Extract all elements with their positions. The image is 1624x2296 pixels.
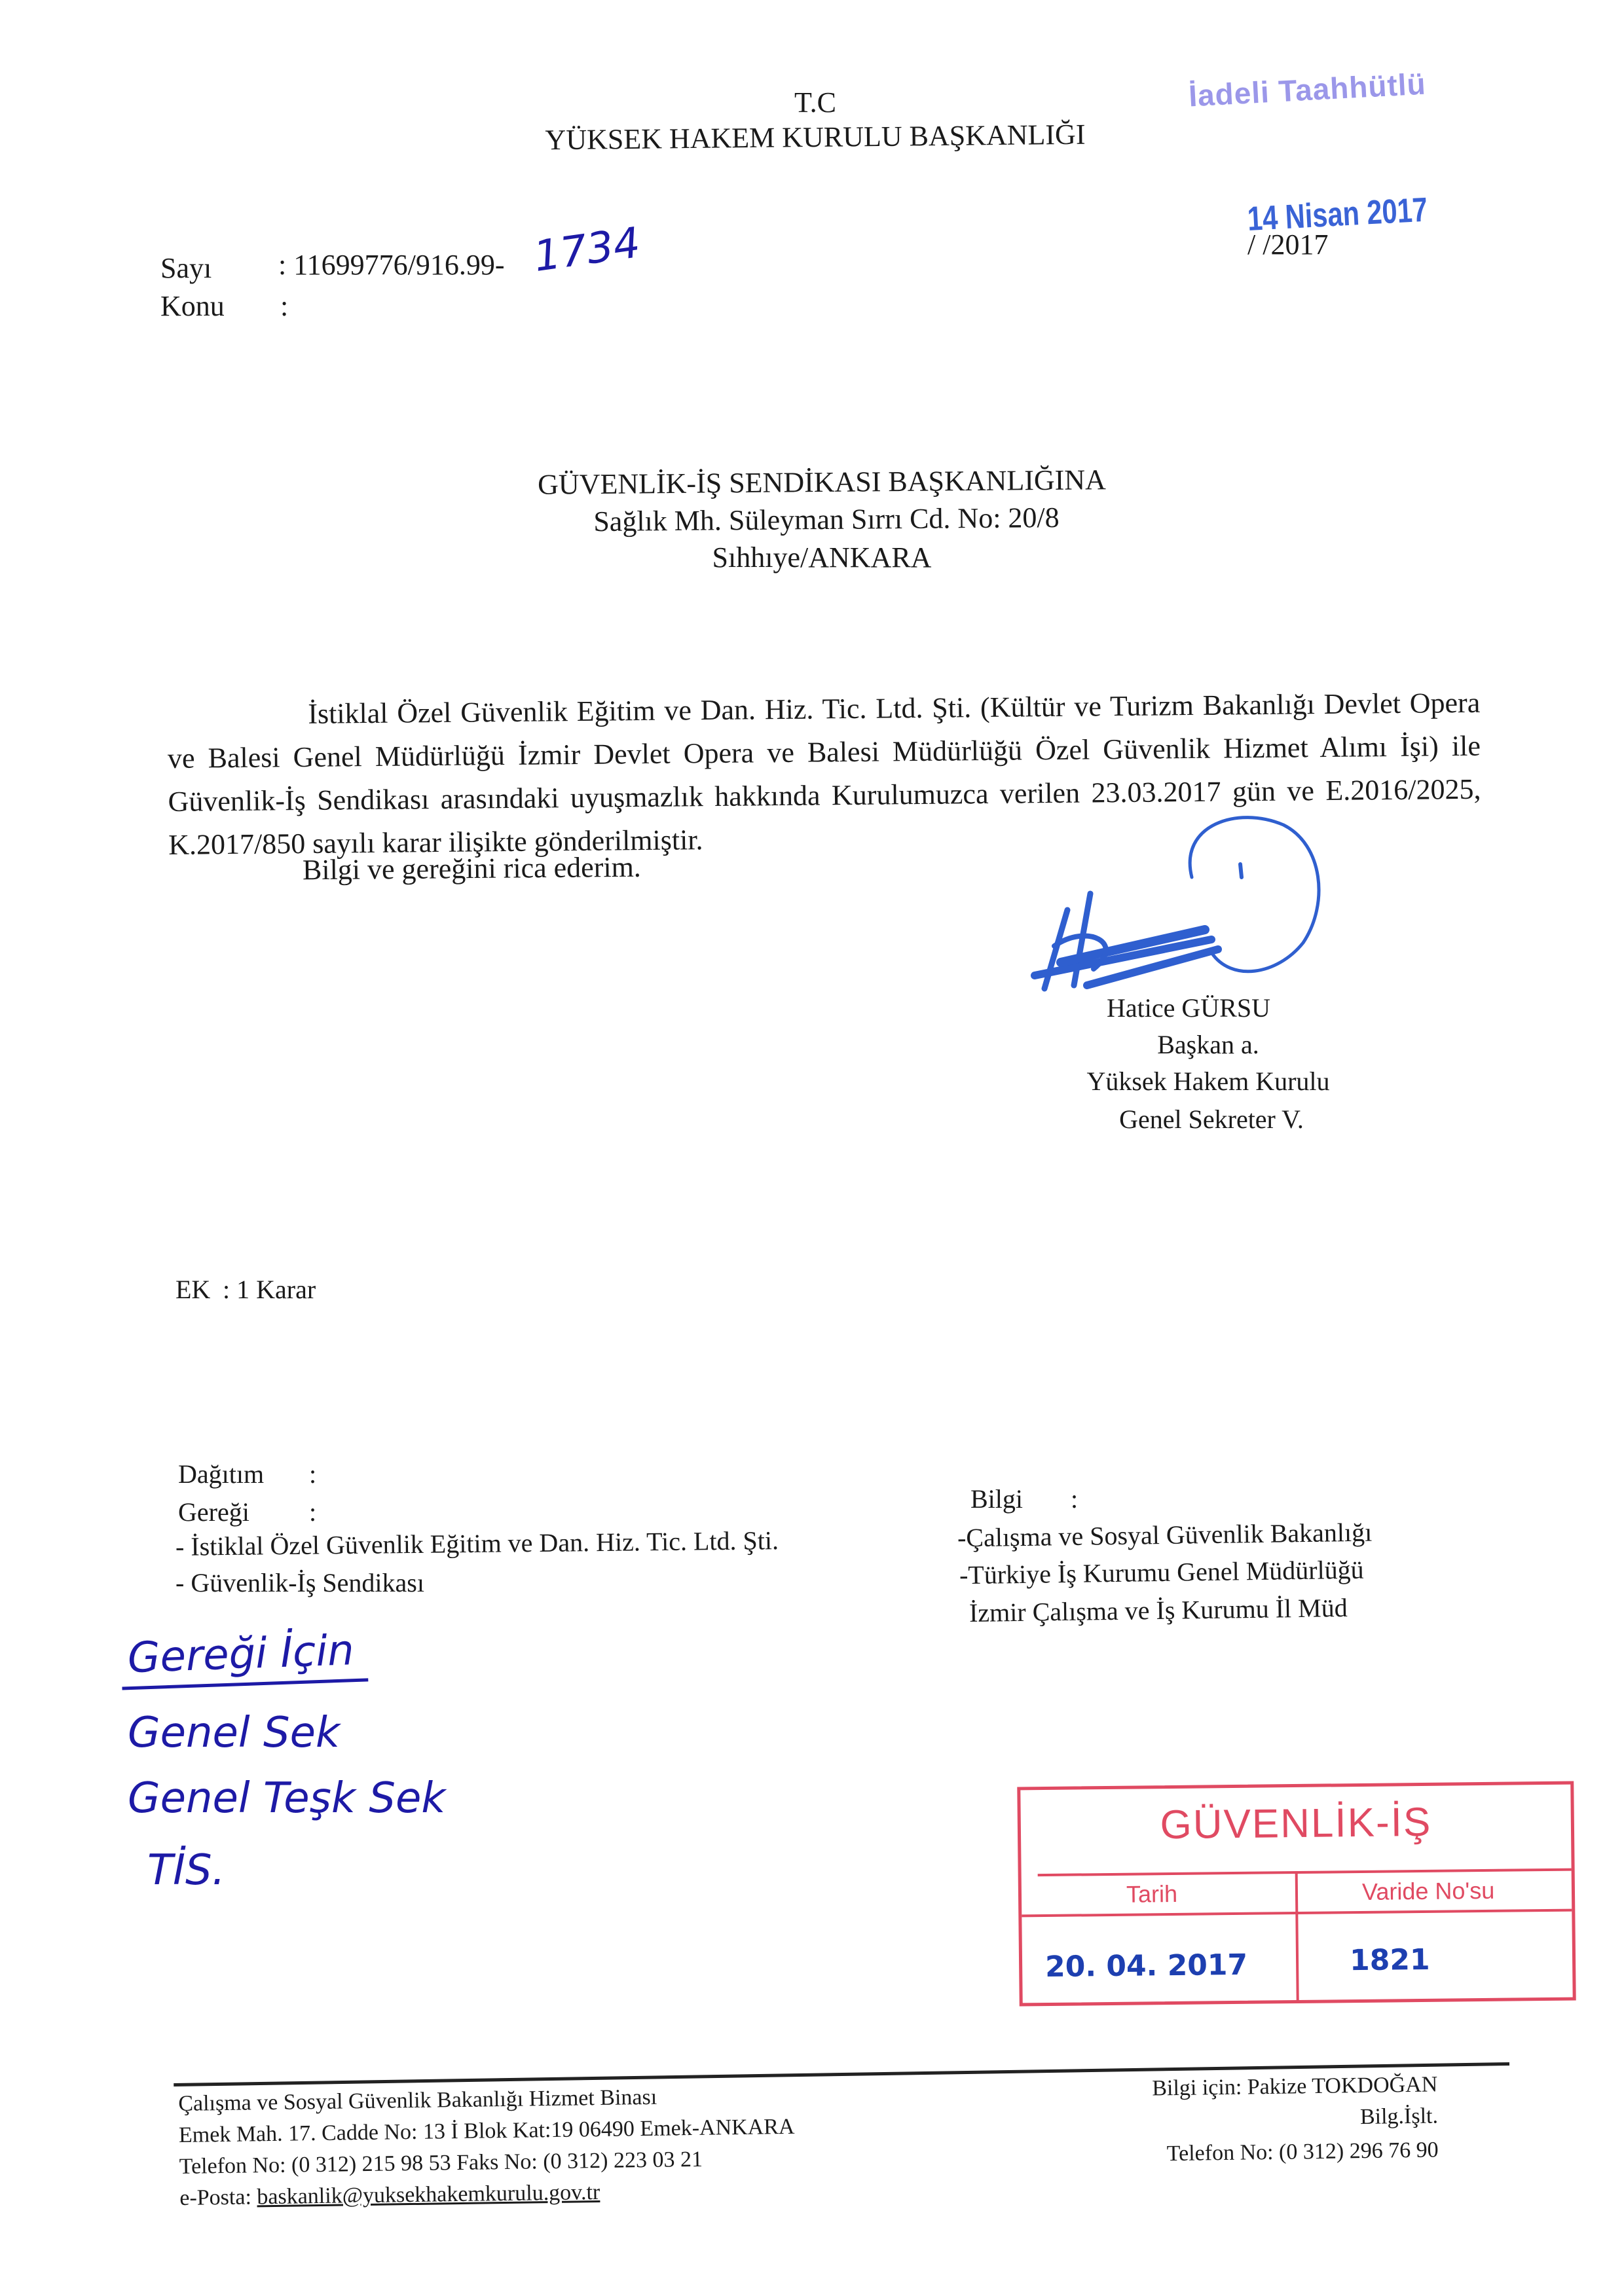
- info-colon: :: [1071, 1486, 1078, 1512]
- action-item: - İstiklal Özel Güvenlik Eğitim ve Dan. …: [175, 1527, 779, 1560]
- email-link[interactable]: baskanlik@yuksekhakemkurulu.gov.tr: [257, 2180, 600, 2209]
- addressee-city: Sıhhıye/ANKARA: [712, 543, 932, 572]
- closing-line: Bilgi ve gereğini rica ederim.: [303, 853, 641, 885]
- addressee-street: Sağlık Mh. Süleyman Sırrı Cd. No: 20/8: [593, 503, 1060, 536]
- attachment-label: EK: [175, 1277, 210, 1303]
- info-item: -Çalışma ve Sosyal Güvenlik Bakanlığı: [957, 1520, 1373, 1552]
- handwritten-line: Genel Sek: [128, 1709, 340, 1757]
- distribution-label: Dağıtım: [178, 1461, 264, 1487]
- handwritten-line: Gereği İçin: [120, 1626, 369, 1690]
- receipt-date-value: 20. 04. 2017: [1045, 1948, 1248, 1984]
- info-item: -Türkiye İş Kurumu Genel Müdürlüğü: [959, 1557, 1364, 1589]
- contact-person: Bilgi için: Pakize TOKDOĞAN: [1084, 2069, 1438, 2105]
- registered-mail-stamp: İadeli Taahhütlü: [1188, 66, 1427, 114]
- email-label: e-Posta:: [179, 2185, 251, 2210]
- attachment-value: : 1 Karar: [223, 1277, 316, 1303]
- contact-phone: Telefon No: (0 312) 296 76 90: [1084, 2134, 1439, 2171]
- stamp-divider: [1038, 1868, 1572, 1877]
- signatory-title-2: Yüksek Hakem Kurulu: [1086, 1068, 1329, 1095]
- receipt-stamp-title: GÜVENLİK-İŞ: [1021, 1798, 1572, 1850]
- konu-value: :: [280, 292, 288, 321]
- action-colon: :: [309, 1499, 316, 1525]
- receipt-number-label: Varide No'su: [1362, 1877, 1495, 1906]
- action-label: Gereği: [178, 1499, 249, 1525]
- handwritten-line: TİS.: [147, 1846, 225, 1895]
- footer-address: Çalışma ve Sosyal Güvenlik Bakanlığı Hiz…: [178, 2080, 796, 2214]
- sayi-label: Sayı: [160, 254, 212, 283]
- konu-label: Konu: [160, 292, 225, 321]
- distribution-colon: :: [309, 1461, 316, 1487]
- info-label: Bilgi: [970, 1486, 1023, 1512]
- contact-role: Bilg.İşlt.: [1084, 2100, 1439, 2137]
- action-item: - Güvenlik-İş Sendikası: [175, 1570, 424, 1596]
- letterhead-country: T.C: [794, 88, 836, 117]
- handwritten-line: Genel Teşk Sek: [128, 1774, 445, 1823]
- signature-scribble: [1015, 812, 1382, 1008]
- sayi-value: : 11699776/916.99-: [278, 251, 504, 280]
- date-stamp: 14 Nisan 2017: [1246, 191, 1428, 239]
- footer-contact: Bilgi için: Pakize TOKDOĞAN Bilg.İşlt. T…: [1084, 2069, 1439, 2171]
- paragraph-indent: [167, 723, 308, 725]
- sayi-handwritten-number: 1734: [531, 219, 644, 282]
- signatory-title-1: Başkan a.: [1157, 1032, 1259, 1058]
- info-item: İzmir Çalışma ve İş Kurumu İl Müd: [969, 1595, 1348, 1626]
- addressee-name: GÜVENLİK-İŞ SENDİKASI BAŞKANLIĞINA: [538, 465, 1106, 500]
- receipt-stamp: GÜVENLİK-İŞ Tarih Varide No'su 20. 04. 2…: [1017, 1781, 1576, 2007]
- receipt-date-label: Tarih: [1126, 1880, 1177, 1908]
- signatory-title-3: Genel Sekreter V.: [1119, 1106, 1304, 1133]
- letterhead-institution: YÜKSEK HAKEM KURULU BAŞKANLIĞI: [545, 120, 1085, 155]
- receipt-number-value: 1821: [1350, 1943, 1430, 1977]
- signatory-name: Hatice GÜRSU: [1107, 995, 1270, 1021]
- stamp-divider: [1295, 1871, 1299, 2000]
